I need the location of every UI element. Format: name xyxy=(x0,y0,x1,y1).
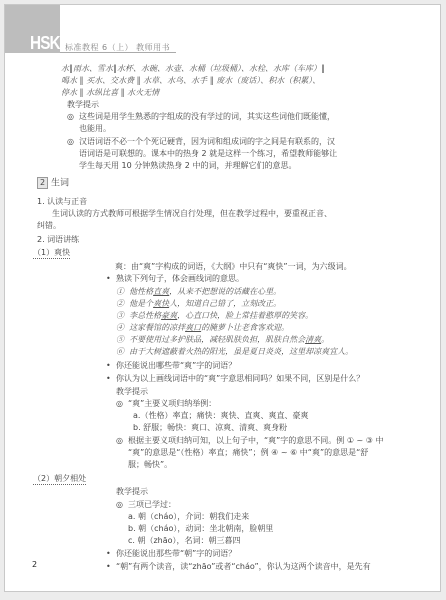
tip-bullet-icon: ◎ xyxy=(116,499,123,510)
tip-bullet-icon: ◎ xyxy=(67,136,74,147)
example-sentence: ⑥ 由于大树遮蔽着火热的阳光，虽是夏日炎炎，这里却凉爽宜人。 xyxy=(116,346,353,357)
part1-text: 生词认读的方式教师可根据学生情况自行处理，但在教学过程中，要重视正音、 xyxy=(52,208,332,219)
question: 你还能说出哪些带“爽”字的词语？ xyxy=(116,360,236,371)
tip-text: c. 朝（zhāo），名词：朝三暮四 xyxy=(128,535,241,546)
word-heading-shuangkuai: （1）爽快 xyxy=(33,247,70,259)
tip-text: 汉语词语不必一个个死记硬背，因为词和组成词的字之间是有联系的，汉 xyxy=(79,136,335,147)
word-list-line: 停水 ‖ 水纵比喜 ‖ 水火无情 xyxy=(61,87,159,98)
hsk-logo: HSK xyxy=(30,33,60,54)
part1-heading: 1. 认读与正音 xyxy=(37,196,87,207)
word-list-line: 喝水 ‖ 买水、交水费 ‖ 水草、水鸟、水手 ‖ 废水（废话）、积水（积累）、 xyxy=(61,75,320,86)
section-title: 生词 xyxy=(51,179,69,189)
section-number-box: 2 xyxy=(37,177,48,189)
tip-text: “爽”主要义项归纳举例： xyxy=(128,398,216,409)
question: 你还能说出那些带“朝”字的词语？ xyxy=(116,548,236,559)
tip-text: b. 朝（cháo），动词：坐北朝南，脸朝里 xyxy=(128,523,273,534)
document-page: HSK 标准教程 6（上） 教师用书 水‖雨水、雪水‖水杯、水碗、水壶、水桶（垃… xyxy=(4,4,441,592)
teaching-tip-label: 教学提示 xyxy=(67,99,99,110)
bullet-icon: • xyxy=(106,360,111,371)
question: 你认为以上画线词语中的“爽”字意思相同吗？如果不同，区别是什么？ xyxy=(116,373,364,384)
bullet-icon: • xyxy=(106,561,111,572)
word-list-line: 水‖雨水、雪水‖水杯、水碗、水壶、水桶（垃圾桶）、水栓、水库（车库）‖ xyxy=(61,63,325,74)
bullet-icon: • xyxy=(106,373,111,384)
tip-text: 这些词是用学生熟悉的字组成的没有学过的词，其实这些词他们既能懂， xyxy=(79,111,335,122)
tip-text: 根据主要义项归纳可知，以上句子中，“爽”字的意思不同。例 ① ~ ③ 中 xyxy=(128,435,384,446)
tip-text: 也能用。 xyxy=(79,123,111,134)
tip-text: 三项已学过： xyxy=(128,499,176,510)
example-sentence: ① 他性格直爽，从来不把想说的话藏在心里。 xyxy=(116,286,281,297)
tip-text: a. 朝（cháo），介词：朝我们走来 xyxy=(128,511,249,522)
question: “朝”有两个读音，读“zhāo”或者“cháo”，你认为这两个读音中，是先有 xyxy=(116,561,371,572)
tip-text: 学生每天用 10 分钟熟读热身 2 中的词，并理解它们的意思。 xyxy=(79,160,296,171)
header-divider xyxy=(60,52,176,53)
bullet-icon: • xyxy=(106,273,111,284)
exercise-prompt: 熟读下列句子，体会画线词的意思。 xyxy=(116,273,244,284)
section-heading: 2生词 xyxy=(37,177,69,190)
page-number: 2 xyxy=(32,560,37,569)
part2-heading: 2. 词语讲练 xyxy=(37,234,79,245)
part1-text: 纠错。 xyxy=(37,220,61,231)
header-logo-block: HSK xyxy=(5,5,60,53)
teaching-tip-label: 教学提示 xyxy=(116,386,148,397)
word-heading-zhaoxi: （2）朝夕相处 xyxy=(33,473,86,485)
teaching-tip-label: 教学提示 xyxy=(116,486,148,497)
tip-bullet-icon: ◎ xyxy=(116,435,123,446)
bullet-icon: • xyxy=(106,548,111,559)
tip-text: 语词语是可联想的。课本中的热身 2 就是这样一个练习，希望教师能够让 xyxy=(79,148,337,159)
tip-text: 服；畅快”。 xyxy=(128,459,172,470)
example-sentence: ④ 这家餐馆的凉拌爽口的腌萝卜让老食客欢迎。 xyxy=(116,322,289,333)
example-sentence: ③ 李总性格豪爽，心直口快，脸上常挂着憨厚的笑容。 xyxy=(116,310,313,321)
tip-bullet-icon: ◎ xyxy=(67,111,74,122)
tip-text: b. 舒服；畅快：爽口、凉爽、清爽、爽身粉 xyxy=(133,422,287,433)
example-sentence: ② 他是个爽快人，知道自己错了，立刻改正。 xyxy=(116,298,281,309)
tip-text: a.（性格）率直；痛快：爽快、直爽、爽直、豪爽 xyxy=(133,410,308,421)
tip-text: “爽”的意思是“（性格）率直；痛快”；例 ④ ~ ⑥ 中“爽”的意思是“舒 xyxy=(128,447,368,458)
tip-bullet-icon: ◎ xyxy=(116,398,123,409)
example-sentence: ⑤ 不要使用过多护肤品，减轻肌肤负担，肌肤自然会清爽。 xyxy=(116,334,329,345)
word-intro: 爽：由“爽”字构成的词语，《大纲》中只有“爽快”一词，为六级词。 xyxy=(115,261,352,272)
